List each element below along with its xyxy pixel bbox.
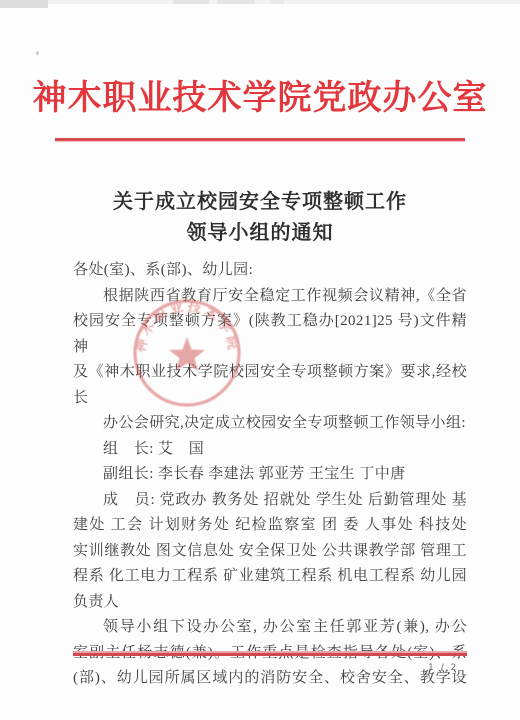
scan-artifact: [36, 51, 39, 55]
body-line: 成 员: 党政办 教务处 招就处 学生处 后勤管理处 基: [73, 488, 467, 514]
document-title-line1: 关于成立校园安全专项整顿工作: [0, 187, 520, 218]
body-line: 程系 化工电力工程系 矿业建筑工程系 机电工程系 幼儿园: [73, 564, 467, 590]
document-body: 各处(室)、系(部)、幼儿园:根据陕西省教育厅安全稳定工作视频会议精神,《全省校…: [73, 258, 467, 692]
body-line: 根据陕西省教育厅安全稳定工作视频会议精神,《全省: [73, 284, 467, 310]
body-line: 各处(室)、系(部)、幼儿园:: [73, 258, 467, 284]
body-line: 负责人: [73, 590, 467, 616]
body-line: 领导小组下设办公室, 办公室主任郭亚芳(兼), 办公: [73, 615, 467, 641]
document-page: 神木职业技术学院党政办公室 关于成立校园安全专项整顿工作 领导小组的通知 各处(…: [0, 0, 520, 720]
scan-artifact: [0, 0, 48, 8]
scan-artifact: [217, 0, 255, 4]
letterhead-divider: [55, 138, 465, 141]
body-line: 实训继教处 图文信息处 安全保卫处 公共课教学部 管理工: [73, 539, 467, 565]
body-line: 办公会研究,决定成立校园安全专项整顿工作领导小组:: [73, 411, 467, 437]
body-line: (部)、幼儿园所属区域内的消防安全、校舍安全、教学设: [73, 666, 467, 692]
scan-artifact: [270, 0, 284, 4]
body-line: 校园安全专项整顿方案》(陕教工稳办[2021]25 号)文件精神: [73, 309, 467, 360]
document-title: 关于成立校园安全专项整顿工作 领导小组的通知: [0, 187, 520, 249]
body-line: 及《神木职业技术学院校园安全专项整顿方案》要求,经校长: [73, 360, 467, 411]
footer-divider: [73, 653, 467, 656]
document-title-line2: 领导小组的通知: [0, 218, 520, 249]
letterhead-title: 神木职业技术学院党政办公室: [0, 70, 520, 119]
scan-artifact: [173, 0, 209, 4]
page-number: 1 / 2: [428, 663, 458, 673]
body-line: 建处 工会 计划财务处 纪检监察室 团 委 人事处 科技处: [73, 513, 467, 539]
body-line: 副组长: 李长春 李建法 郭亚芳 王宝生 丁中唐: [73, 462, 467, 488]
body-line: 组 长: 艾 国: [73, 437, 467, 463]
scan-artifact: [0, 0, 520, 4]
